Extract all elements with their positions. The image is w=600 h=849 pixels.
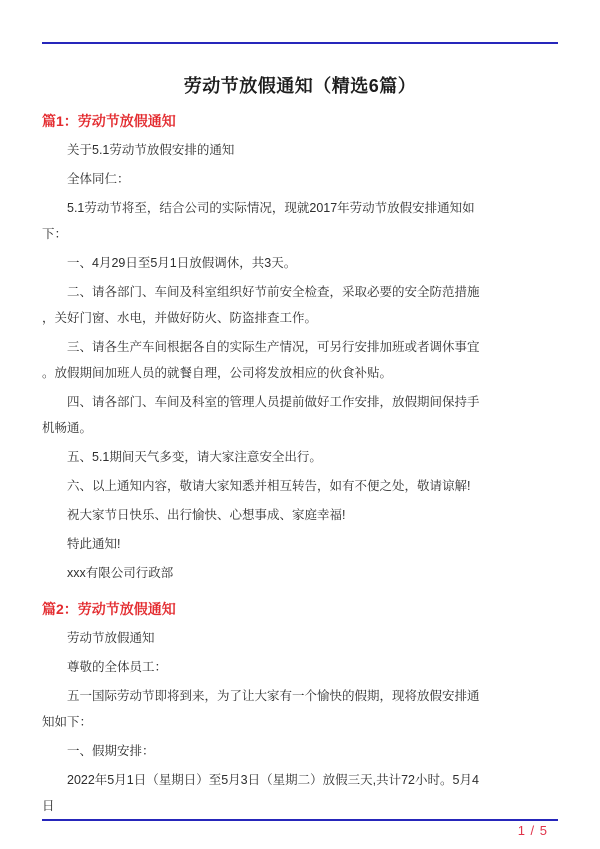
paragraph: 六、以上通知内容，敬请大家知悉并相互转告，如有不便之处，敬请谅解! [42, 473, 482, 499]
paragraph: 四、请各部门、车间及科室的管理人员提前做好工作安排，放假期间保持手机畅通。 [42, 389, 482, 441]
section-2: 篇2：劳动节放假通知 劳动节放假通知 尊敬的全体员工： 五一国际劳动节即将到来，… [42, 599, 558, 819]
paragraph: xxx有限公司行政部 [42, 560, 482, 586]
section-1: 篇1：劳动节放假通知 关于5.1劳动节放假安排的通知 全体同仁： 5.1劳动节将… [42, 111, 558, 586]
header-rule [42, 42, 558, 44]
paragraph: 5.1劳动节将至，结合公司的实际情况，现就2017年劳动节放假安排通知如下： [42, 195, 482, 247]
paragraph: 关于5.1劳动节放假安排的通知 [42, 137, 482, 163]
page-number: 1 / 5 [518, 823, 548, 839]
paragraph: 祝大家节日快乐、出行愉快、心想事成、家庭幸福! [42, 502, 482, 528]
paragraph: 五一国际劳动节即将到来，为了让大家有一个愉快的假期，现将放假安排通知如下： [42, 683, 482, 735]
section-1-heading: 篇1：劳动节放假通知 [42, 111, 558, 131]
paragraph: 劳动节放假通知 [42, 625, 482, 651]
document-page: 劳动节放假通知（精选6篇） 篇1：劳动节放假通知 关于5.1劳动节放假安排的通知… [0, 0, 600, 849]
paragraph: 一、假期安排： [42, 738, 482, 764]
paragraph: 2022年5月1日（星期日）至5月3日（星期二）放假三天,共计72小时。5月4日 [42, 767, 482, 819]
paragraph: 五、5.1期间天气多变，请大家注意安全出行。 [42, 444, 482, 470]
footer-rule [42, 819, 558, 821]
paragraph: 二、请各部门、车间及科室组织好节前安全检查，采取必要的安全防范措施，关好门窗、水… [42, 279, 482, 331]
paragraph: 尊敬的全体员工： [42, 654, 482, 680]
paragraph: 一、4月29日至5月1日放假调休，共3天。 [42, 250, 482, 276]
paragraph: 全体同仁： [42, 166, 482, 192]
paragraph: 特此通知! [42, 531, 482, 557]
section-2-heading: 篇2：劳动节放假通知 [42, 599, 558, 619]
document-title: 劳动节放假通知（精选6篇） [42, 74, 558, 98]
paragraph: 三、请各生产车间根据各自的实际生产情况，可另行安排加班或者调休事宜。放假期间加班… [42, 334, 482, 386]
